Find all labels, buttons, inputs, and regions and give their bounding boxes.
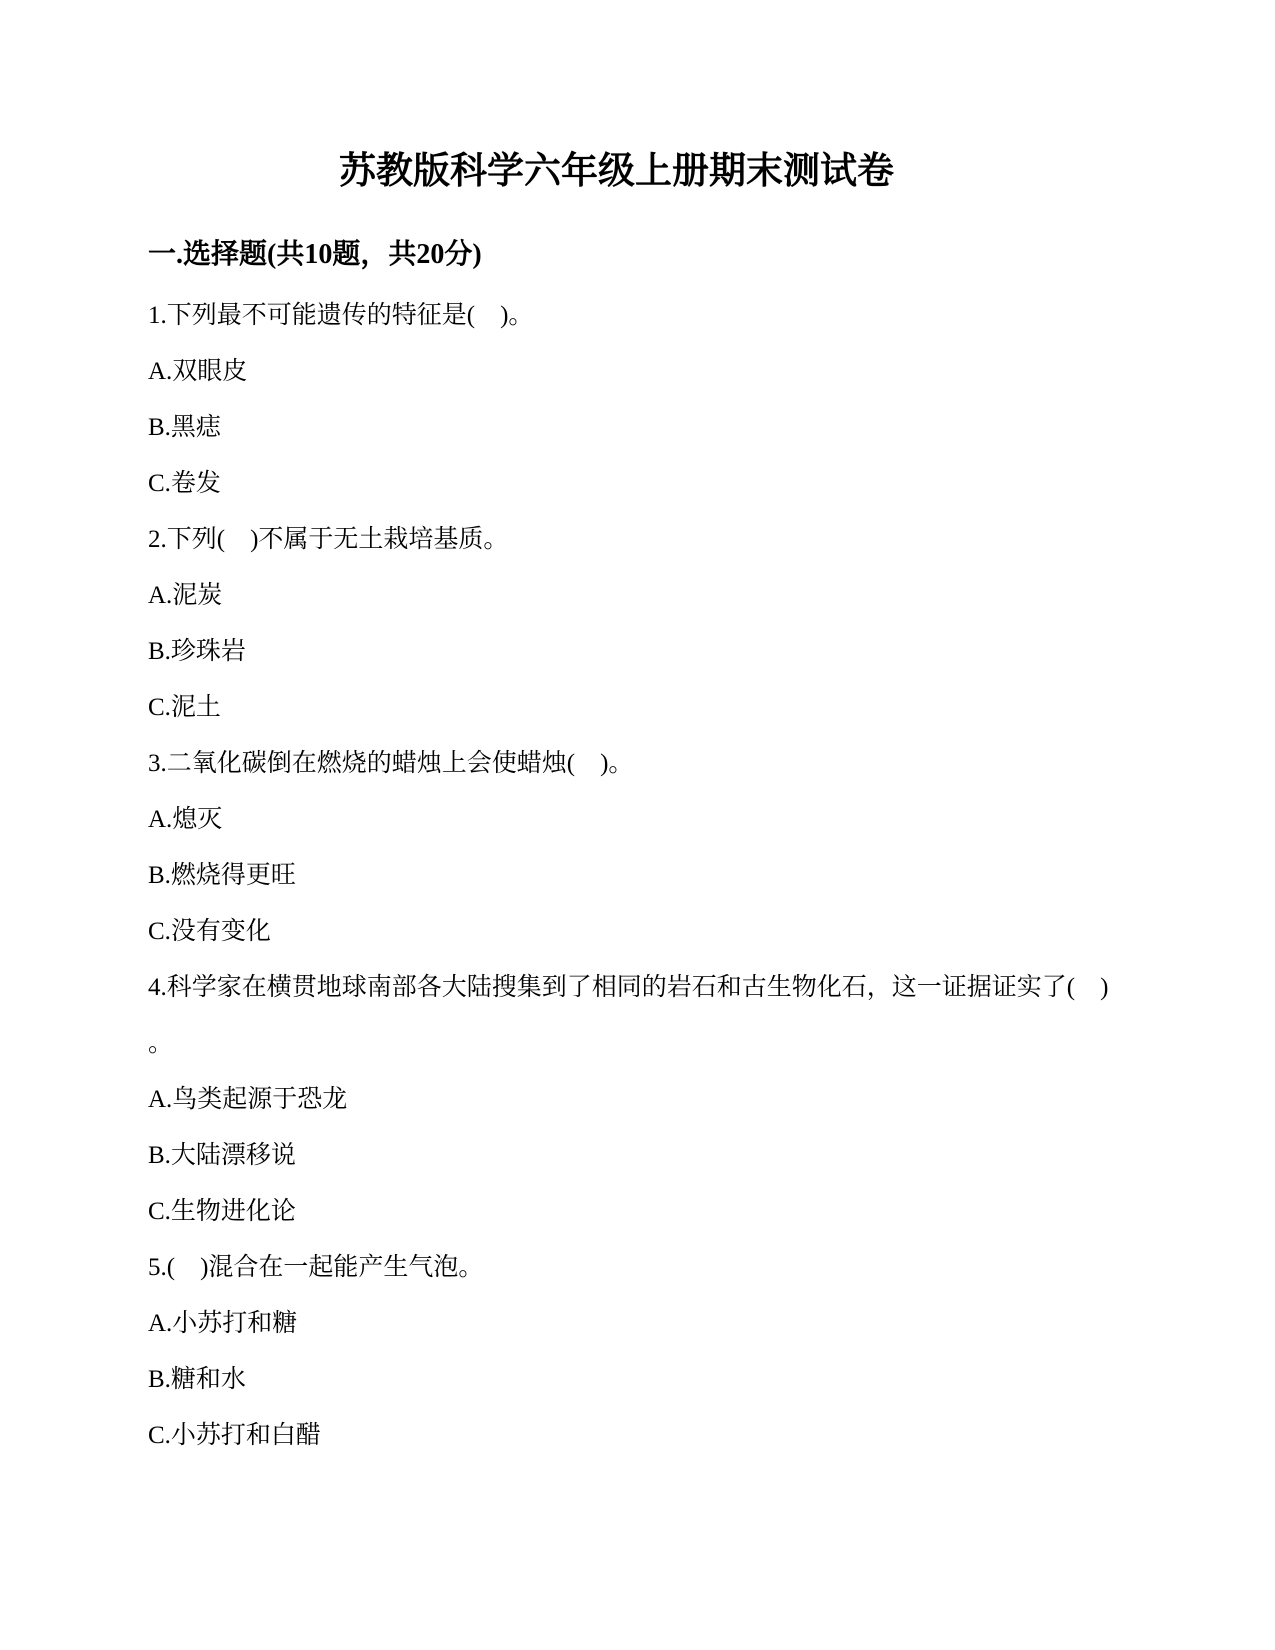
question-2: 2.下列( )不属于无土栽培基质。 A.泥炭 B.珍珠岩 C.泥土 (148, 512, 1275, 736)
question-1: 1.下列最不可能遗传的特征是( )。 A.双眼皮 B.黑痣 C.卷发 (148, 288, 1275, 512)
question-2-option-c: C.泥土 (148, 680, 1275, 736)
question-3-text: 3.二氧化碳倒在燃烧的蜡烛上会使蜡烛( )。 (148, 736, 1275, 792)
question-3: 3.二氧化碳倒在燃烧的蜡烛上会使蜡烛( )。 A.熄灭 B.燃烧得更旺 C.没有… (148, 736, 1275, 960)
exam-paper-page: 苏教版科学六年级上册期末测试卷 一.选择题(共10题，共20分) 1.下列最不可… (0, 0, 1275, 1650)
question-2-text: 2.下列( )不属于无土栽培基质。 (148, 512, 1275, 568)
question-5-text: 5.( )混合在一起能产生气泡。 (148, 1240, 1275, 1296)
questions-list: 1.下列最不可能遗传的特征是( )。 A.双眼皮 B.黑痣 C.卷发 2.下列(… (0, 288, 1275, 1464)
question-5: 5.( )混合在一起能产生气泡。 A.小苏打和糖 B.糖和水 C.小苏打和白醋 (148, 1240, 1275, 1464)
question-4: 4.科学家在横贯地球南部各大陆搜集到了相同的岩石和古生物化石，这一证据证实了( … (148, 960, 1275, 1240)
question-1-option-a: A.双眼皮 (148, 344, 1275, 400)
section-heading: 一.选择题(共10题，共20分) (0, 238, 1275, 272)
question-2-option-b: B.珍珠岩 (148, 624, 1275, 680)
question-5-option-c: C.小苏打和白醋 (148, 1408, 1275, 1464)
question-1-text: 1.下列最不可能遗传的特征是( )。 (148, 288, 1275, 344)
question-1-option-b: B.黑痣 (148, 400, 1275, 456)
question-4-option-a: A.鸟类起源于恐龙 (148, 1072, 1275, 1128)
question-5-option-b: B.糖和水 (148, 1352, 1275, 1408)
question-4-option-b: B.大陆漂移说 (148, 1128, 1275, 1184)
question-3-option-a: A.熄灭 (148, 792, 1275, 848)
question-3-option-c: C.没有变化 (148, 904, 1275, 960)
question-1-option-c: C.卷发 (148, 456, 1275, 512)
document-title: 苏教版科学六年级上册期末测试卷 (0, 0, 1275, 194)
question-4-option-c: C.生物进化论 (148, 1184, 1275, 1240)
question-4-text-wrap: 。 (148, 1016, 1275, 1072)
question-4-text: 4.科学家在横贯地球南部各大陆搜集到了相同的岩石和古生物化石，这一证据证实了( … (148, 960, 1275, 1016)
question-2-option-a: A.泥炭 (148, 568, 1275, 624)
question-5-option-a: A.小苏打和糖 (148, 1296, 1275, 1352)
question-3-option-b: B.燃烧得更旺 (148, 848, 1275, 904)
